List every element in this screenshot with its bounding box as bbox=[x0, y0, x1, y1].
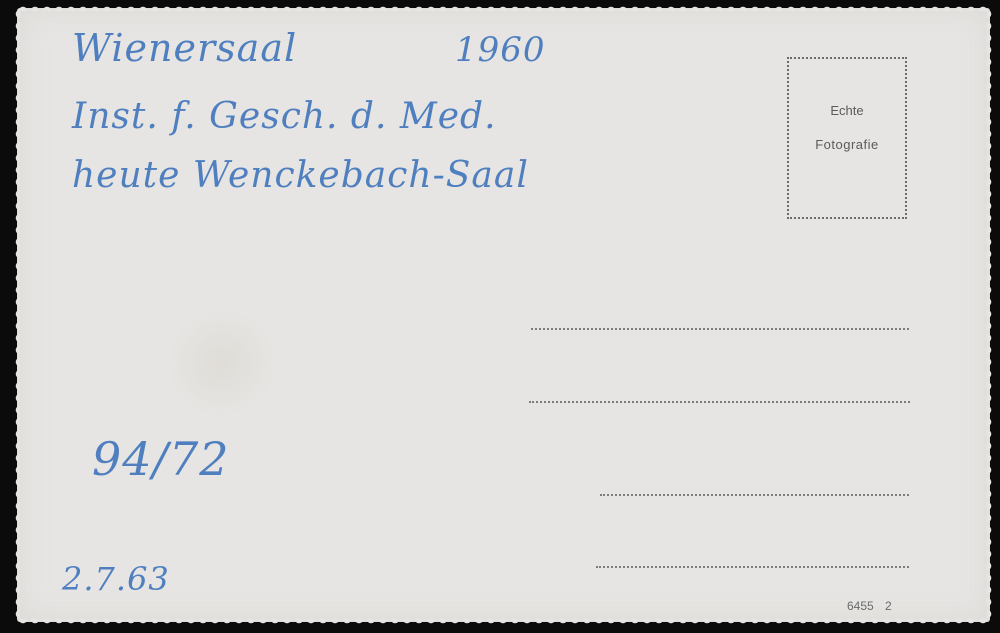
handwritten-title: Wienersaal bbox=[72, 26, 297, 70]
address-line-1 bbox=[531, 328, 909, 330]
address-line-3 bbox=[600, 494, 909, 496]
stamp-box-label-fotografie: Fotografie bbox=[815, 137, 879, 152]
deckled-edge-right bbox=[987, 8, 993, 622]
handwritten-reference-number: 94/72 bbox=[92, 432, 230, 486]
paper-stain bbox=[167, 308, 277, 418]
deckled-edge-bottom bbox=[17, 619, 990, 625]
handwritten-institute: Inst. f. Gesch. d. Med. bbox=[72, 96, 497, 137]
deckled-edge-top bbox=[17, 5, 990, 11]
handwritten-current-name: heute Wenckebach-Saal bbox=[72, 155, 529, 196]
address-line-2 bbox=[529, 401, 910, 403]
handwritten-year: 1960 bbox=[455, 30, 546, 70]
stamp-box: Echte Fotografie bbox=[787, 57, 907, 219]
print-code: 6455 2 bbox=[847, 599, 892, 613]
stamp-box-label-echte: Echte bbox=[830, 103, 863, 118]
handwritten-date: 2.7.63 bbox=[62, 560, 170, 598]
address-line-4 bbox=[596, 566, 909, 568]
deckled-edge-left bbox=[14, 8, 20, 622]
